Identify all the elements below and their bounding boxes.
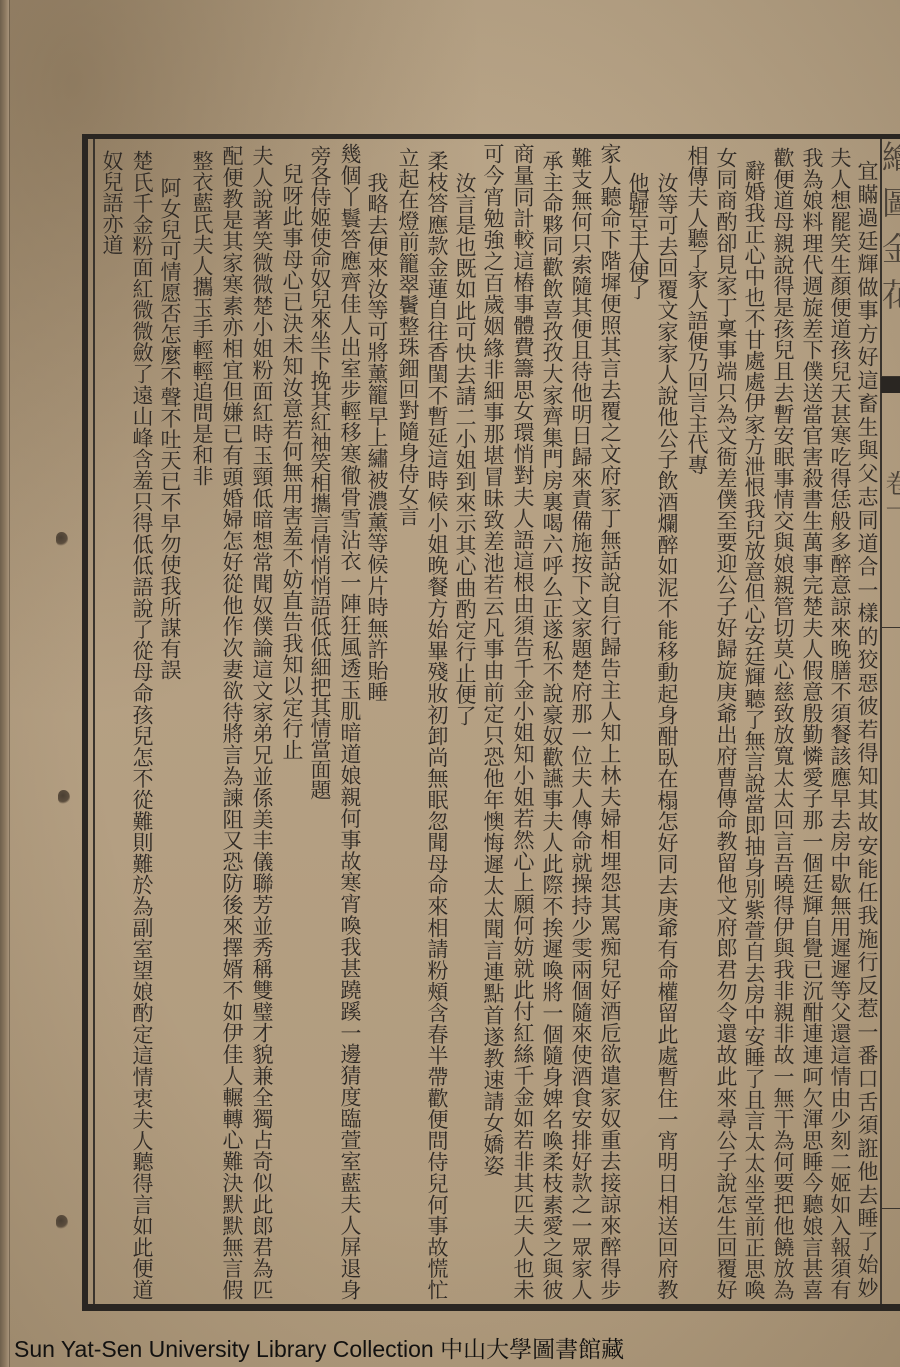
text-column: 兒呀此事母心已決未知汝意若何無用害羞不妨直告我知以定行止 — [279, 163, 305, 760]
text-column: 夫人想罷笑生顏便道孩兒天甚寒吃得恁般多醉意諒來晚膳不須餐該應早去房中歇無用遲遲等… — [827, 147, 853, 1300]
margin-tick — [882, 627, 900, 628]
text-column: 配便教是其家寒素亦相宜但嫌已有頭婚婦怎好從他作次妻欲待將言為諫阻又恐防後來擇婿不… — [219, 145, 245, 1300]
binding-hole — [58, 790, 70, 804]
text-column: 汝言是也既如此可快去請二小姐到來示其心曲酌定行止便了 — [452, 172, 478, 726]
text-column: 辭婚我正心中也不甘處處伊家方泄恨我兒放意但心安廷輝聽了無言說當即抽身別紫萱自去房… — [741, 160, 767, 1300]
text-column: 承主命夥同歡飲喜孜孜大家齊集門房裏喝六呼么正遂私不說豪奴歡讌事夫人此際不挨遲喚將… — [539, 150, 565, 1300]
text-column: 宜瞞過廷輝做事方好這畜生與父志同道合一樣的狡惡彼若得知其故安能任我施行反惹一番口… — [854, 160, 880, 1298]
text-column: 幾個丫鬟答應齊佳人出室步輕移寒徹骨雪沾衣一陣狂風透玉肌暗道娘親何事故寒宵喚我甚蹺… — [337, 143, 363, 1300]
margin-tick — [882, 1208, 900, 1209]
frame-border-bottom — [82, 1304, 900, 1311]
text-column: 相傳夫人聽了家人語便乃回言主代專 — [684, 145, 710, 475]
text-column: 旁各侍姬使命奴兒來坐下挽其紅袖笑相攜言情悄悄語低低細把其情當面題 — [307, 145, 333, 800]
fish-tail-mark — [881, 377, 900, 393]
text-column: 立起在燈前籠翠鬢整珠鈿回對隨身侍女言 — [395, 147, 421, 526]
text-column: 我略去便來汝等可將薰籠早上繡被濃薰等候片時無許貽睡 — [364, 172, 390, 702]
frame-border-left-inner — [93, 139, 95, 1304]
binding-hole — [56, 1215, 68, 1229]
margin-volume-label: 卷一 — [879, 470, 900, 540]
text-column: 可今宵勉強之百歲姻緣非細事那堪冒昧致差池若云凡事由前定只恐他年懊悔遲太太聞言連點… — [480, 143, 506, 1176]
text-column: 楚氏千金粉面紅微微斂了遠山峰含羞只得低低語說了從母命孩兒怎不從難則難於為副室望娘… — [129, 150, 155, 1300]
text-column: 家人聽命下階墀便照其言去覆之文府家丁無話說自行歸告主人知上林夫婦相埋怨其罵痴兒好… — [597, 143, 623, 1300]
text-column: 他歸告主人便了 — [625, 172, 651, 300]
frame-border-top — [82, 134, 900, 139]
page-edge-line — [9, 0, 10, 1367]
page-left-edge — [0, 0, 9, 1367]
text-column: 歡便道母親說得是孩兒且去暫安眠事情交與娘親管切莫心慈致放寬太太回言吾曉得伊與我非… — [770, 147, 796, 1300]
collection-caption: Sun Yat-Sen University Library Collectio… — [14, 1336, 624, 1362]
frame-border-left-outer — [82, 134, 88, 1311]
text-column: 夫人說著笑微微楚小姐粉面紅時玉頸低暗想常聞奴僕論這文家弟兄並係美丰儀聯芳並秀稱雙… — [249, 145, 275, 1300]
text-column: 阿女兒可情愿否怎麼不聲不吐天已不早勿使我所謀有誤 — [157, 177, 183, 680]
text-column: 商量同計較這樁事體費籌思女環悄對夫人語這根由須告千金小姐知小姐若然心上願何妨就此… — [510, 143, 536, 1300]
text-column: 整衣藍氏夫人攜玉手輕輕追問是和非 — [189, 150, 215, 486]
text-column: 柔枝答應款金蓮自往香閨不暫延這時候小姐晚餐方始畢殘妝初卸尚無眠忽聞母命來相請粉頰… — [424, 150, 450, 1300]
text-column: 奴兒語亦道 — [99, 150, 125, 255]
text-column: 女同商酌卻見家丁稟事端只為文衙差僕至要迎公子好歸旋庚爺出府曹傳命教留他文府郎君勿… — [713, 147, 739, 1300]
text-column: 汝等可去回覆文家家人說他公子飲酒爛醉如泥不能移動起身酣臥在榻怎好同去庚爺有命權留… — [654, 172, 680, 1300]
margin-book-title: 繪圖金花 — [878, 140, 900, 340]
text-column: 我為娘料理代週旋差下僕送當官害殺書生萬事完楚夫人假意殷勤憐愛子那一個廷輝自覺已沉… — [799, 147, 825, 1300]
binding-hole — [56, 532, 68, 546]
text-column: 難支無何只索隨其便且待他明日歸來責備施按下文家題楚府那一位夫人傳命就操持少雯兩個… — [568, 147, 594, 1300]
